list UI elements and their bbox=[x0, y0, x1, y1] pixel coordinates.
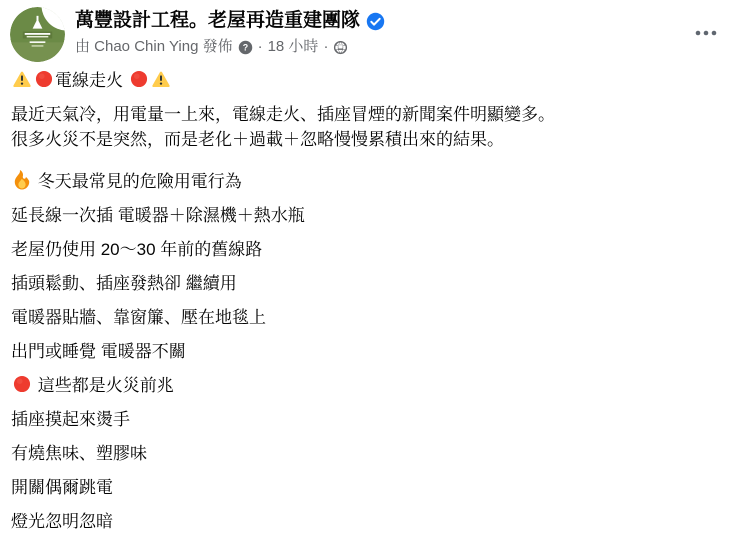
timestamp-link[interactable]: 18 小時 bbox=[268, 37, 319, 57]
post-header: 萬豐設計工程。老屋再造重建團隊 由 Chao Chin Ying 發佈 ? · bbox=[0, 0, 734, 62]
post-paragraph: 這些都是火災前兆 bbox=[11, 373, 723, 398]
red-circle-emoji-icon bbox=[34, 69, 54, 89]
page-name-link[interactable]: 萬豐設計工程。老屋再造重建團隊 bbox=[75, 8, 360, 34]
post-content: 電線走火 最近天氣冷，用電量一上來，電線走火、插座冒煙的新聞案件明顯變多。很多火… bbox=[0, 62, 734, 534]
post-text: 很多火災不是突然，而是老化＋過載＋忽略慢慢累積出來的結果。 bbox=[11, 130, 504, 149]
verified-badge-icon bbox=[366, 12, 385, 31]
facebook-post: 萬豐設計工程。老屋再造重建團隊 由 Chao Chin Ying 發佈 ? · bbox=[0, 0, 734, 541]
question-mark-icon[interactable]: ? bbox=[238, 40, 253, 55]
svg-text:?: ? bbox=[242, 42, 247, 52]
post-text: 開關偶爾跳電 bbox=[11, 478, 113, 497]
fire-emoji-icon bbox=[12, 170, 32, 190]
post-text: 最近天氣冷，用電量一上來，電線走火、插座冒煙的新聞案件明顯變多。 bbox=[11, 105, 555, 124]
post-text: 老屋仍使用 20～30 年前的舊線路 bbox=[11, 240, 262, 259]
page-avatar[interactable] bbox=[10, 7, 65, 62]
post-paragraph: 電線走火 bbox=[11, 68, 723, 93]
post-text: 電線走火 bbox=[55, 71, 128, 90]
post-paragraph: 冬天最常見的危險用電行為 bbox=[11, 169, 723, 194]
post-text: 這些都是火災前兆 bbox=[33, 376, 174, 395]
post-text: 出門或睡覺 電暖器不關 bbox=[11, 342, 186, 361]
red-circle-emoji-icon bbox=[12, 374, 32, 394]
post-text: 延長線一次插 電暖器＋除濕機＋熱水瓶 bbox=[11, 206, 305, 225]
more-options-button[interactable] bbox=[690, 23, 722, 43]
post-text: 插座摸起來燙手 bbox=[11, 410, 130, 429]
post-paragraph: 插座摸起來燙手 bbox=[11, 407, 723, 432]
red-circle-emoji-icon bbox=[129, 69, 149, 89]
post-text: 冬天最常見的危險用電行為 bbox=[33, 172, 242, 191]
post-paragraph: 延長線一次插 電暖器＋除濕機＋熱水瓶 bbox=[11, 203, 723, 228]
warning-emoji-icon bbox=[151, 69, 171, 89]
globe-icon bbox=[333, 40, 348, 55]
separator-dot: · bbox=[258, 37, 263, 57]
post-text: 有燒焦味、塑膠味 bbox=[11, 444, 147, 463]
post-paragraph: 老屋仍使用 20～30 年前的舊線路 bbox=[11, 237, 723, 262]
post-paragraph: 有燒焦味、塑膠味 bbox=[11, 441, 723, 466]
post-byline: 由 Chao Chin Ying 發佈 ? · 18 小時 · bbox=[75, 37, 690, 57]
separator-dot: · bbox=[323, 37, 328, 57]
author-byline-link[interactable]: 由 Chao Chin Ying 發佈 bbox=[75, 37, 233, 57]
post-paragraph: 出門或睡覺 電暖器不關 bbox=[11, 339, 723, 364]
post-text: 燈光忽明忽暗 bbox=[11, 512, 113, 531]
ellipsis-icon bbox=[694, 29, 718, 37]
warning-emoji-icon bbox=[12, 69, 32, 89]
post-paragraph: 開關偶爾跳電 bbox=[11, 475, 723, 500]
post-header-text: 萬豐設計工程。老屋再造重建團隊 由 Chao Chin Ying 發佈 ? · bbox=[75, 7, 690, 57]
post-paragraph: 插頭鬆動、插座發熱卻 繼續用 bbox=[11, 271, 723, 296]
post-text: 插頭鬆動、插座發熱卻 繼續用 bbox=[11, 274, 237, 293]
post-paragraph: 燈光忽明忽暗 bbox=[11, 509, 723, 534]
post-paragraph: 最近天氣冷，用電量一上來，電線走火、插座冒煙的新聞案件明顯變多。很多火災不是突然… bbox=[11, 102, 723, 152]
page-title-row: 萬豐設計工程。老屋再造重建團隊 bbox=[75, 8, 690, 34]
post-text: 電暖器貼牆、靠窗簾、壓在地毯上 bbox=[11, 308, 266, 327]
page-logo-icon bbox=[10, 7, 65, 62]
post-paragraph: 電暖器貼牆、靠窗簾、壓在地毯上 bbox=[11, 305, 723, 330]
